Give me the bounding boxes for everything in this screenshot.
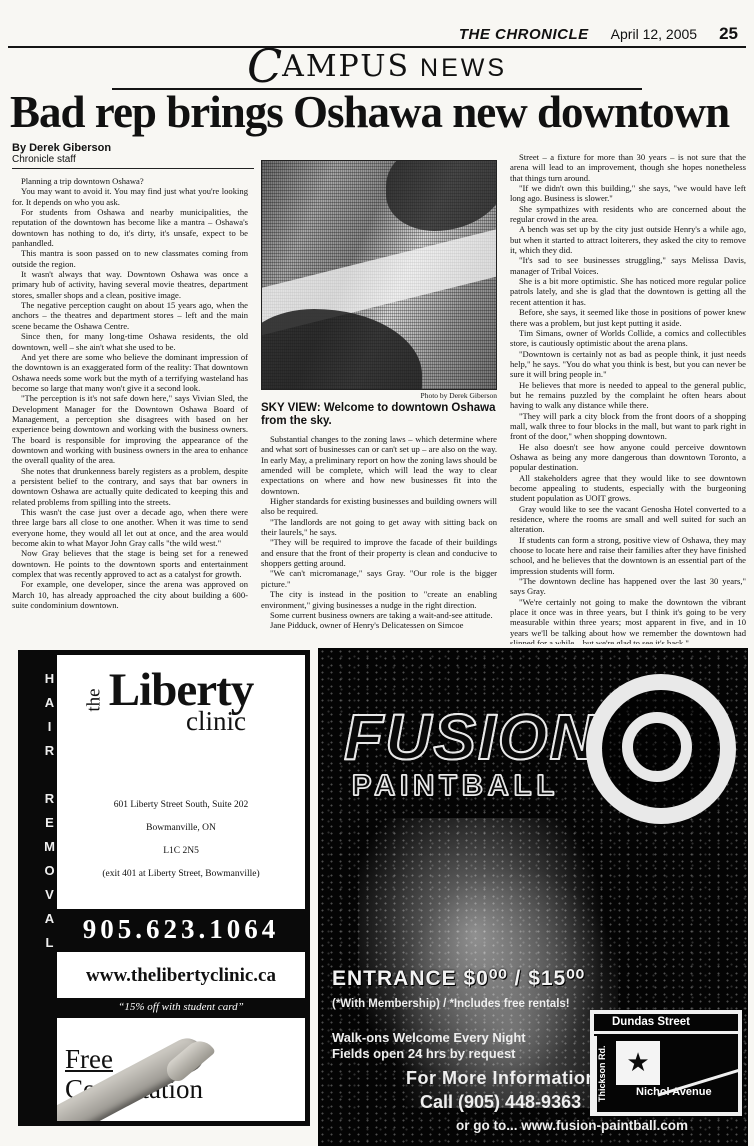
map-dundas-street-label: Dundas Street bbox=[594, 1014, 738, 1034]
star-icon: ★ bbox=[626, 1048, 649, 1077]
entrance-price: ENTRANCE $0⁰⁰ / $15⁰⁰ bbox=[332, 966, 585, 991]
fusion-paintball-label: PAINTBALL bbox=[352, 770, 559, 803]
map-marker: ★ bbox=[616, 1041, 660, 1085]
fusion-ring-inner-icon bbox=[622, 712, 692, 782]
liberty-phone: 905.623.1064 bbox=[57, 909, 305, 952]
membership-note: (*With Membership) / *Includes free rent… bbox=[332, 998, 570, 1010]
article-paragraph: She sympathizes with residents who are c… bbox=[510, 204, 746, 225]
byline-author: By Derek Giberson bbox=[12, 142, 254, 154]
article-paragraph: She is a bit more optimistic. She has no… bbox=[510, 276, 746, 307]
paintball-player-photo bbox=[358, 818, 618, 1108]
article-paragraph: This wasn't the case just over a decade … bbox=[12, 507, 248, 548]
article-paragraph: And yet there are some who believe the d… bbox=[12, 352, 248, 393]
liberty-free-consultation: Free Consultation bbox=[57, 1018, 305, 1122]
article-paragraph: For example, one developer, since the ar… bbox=[12, 579, 248, 610]
article-column-2-text: Substantial changes to the zoning laws –… bbox=[261, 434, 497, 631]
article-paragraph: This mantra is soon passed on to new cla… bbox=[12, 248, 248, 269]
website-line: or go to... www.fusion-paintball.com bbox=[456, 1118, 688, 1133]
photo-caption: SKY VIEW: Welcome to downtown Oshawa fro… bbox=[261, 402, 497, 428]
fusion-logo: FUSION bbox=[344, 700, 598, 774]
newspaper-name: THE CHRONICLE bbox=[459, 26, 589, 43]
article-paragraph: Higher standards for existing businesses… bbox=[261, 496, 497, 517]
address-line: (exit 401 at Liberty Street, Bowmanville… bbox=[57, 868, 305, 882]
article-paragraph: Since then, for many long-time Oshawa re… bbox=[12, 331, 248, 352]
photo-credit: Photo by Derek Giberson bbox=[261, 391, 497, 400]
article-paragraph: "The landlords are not going to get away… bbox=[261, 517, 497, 538]
article-paragraph: Before, she says, it seemed like those i… bbox=[510, 307, 746, 328]
article-column-3: Street – a fixture for more than 30 year… bbox=[510, 152, 746, 644]
article-paragraph: "They will be required to improve the fa… bbox=[261, 537, 497, 568]
liberty-logo-the: the bbox=[84, 688, 106, 711]
section-campus: AMPUS bbox=[282, 49, 410, 84]
liberty-address: 601 Liberty Street South, Suite 202Bowma… bbox=[57, 789, 305, 891]
address-line: Bowmanville, ON bbox=[57, 822, 305, 836]
article-headline: Bad rep brings Oshawa new downtown bbox=[10, 88, 750, 136]
section-news: NEWS bbox=[420, 54, 507, 82]
article-paragraph: "The downtown decline has happened over … bbox=[510, 576, 746, 597]
liberty-ad-body: the Liberty clinic 601 Liberty Street So… bbox=[57, 655, 305, 1121]
article-paragraph: For students from Oshawa and nearby muni… bbox=[12, 207, 248, 248]
map-thickson-road-label: Thickson Rd. bbox=[594, 1036, 612, 1112]
byline-block: By Derek Giberson Chronicle staff bbox=[12, 142, 254, 169]
aerial-photo bbox=[261, 160, 497, 390]
article-paragraph: If students can form a strong, positive … bbox=[510, 535, 746, 576]
article-paragraph: He also doesn't see how anyone could per… bbox=[510, 442, 746, 473]
article-paragraph: It wasn't always that way. Downtown Osha… bbox=[12, 269, 248, 300]
leg-photo bbox=[57, 1015, 233, 1121]
article-paragraph: You may want to avoid it. You may find j… bbox=[12, 186, 248, 207]
article-body: Planning a trip downtown Oshawa?You may … bbox=[12, 176, 746, 644]
article-paragraph: "If we didn't own this building," she sa… bbox=[510, 183, 746, 204]
article-paragraph: She notes that drunkenness barely regist… bbox=[12, 466, 248, 507]
article-paragraph: The negative perception caught on about … bbox=[12, 300, 248, 331]
section-masthead: CAMPUSNEWS bbox=[0, 46, 754, 86]
article-paragraph: Gray would like to see the vacant Genosh… bbox=[510, 504, 746, 535]
article-paragraph: The city is instead in the position to "… bbox=[261, 589, 497, 610]
article-column-1: Planning a trip downtown Oshawa?You may … bbox=[12, 176, 248, 644]
article-paragraph: Tim Simans, owner of Worlds Collide, a c… bbox=[510, 328, 746, 349]
address-line: L1C 2N5 bbox=[57, 845, 305, 859]
hair-removal-vertical-label: HAIR REMOVAL bbox=[23, 655, 57, 1121]
article-paragraph: "Downtown is certainly not as bad as peo… bbox=[510, 349, 746, 380]
walkons-line: Walk-ons Welcome Every Night bbox=[332, 1030, 526, 1045]
location-map: Dundas Street Thickson Rd. ★ Nichol Aven… bbox=[590, 1010, 742, 1116]
article-paragraph: "It's sad to see businesses struggling,"… bbox=[510, 255, 746, 276]
liberty-clinic-ad: HAIR REMOVAL the Liberty clinic 601 Libe… bbox=[18, 650, 310, 1126]
issue-date: April 12, 2005 bbox=[611, 26, 697, 42]
article-paragraph: Jane Pidduck, owner of Henry's Delicates… bbox=[261, 620, 497, 630]
address-line: 601 Liberty Street South, Suite 202 bbox=[57, 799, 305, 813]
article-paragraph: Some current business owners are taking … bbox=[261, 610, 497, 620]
article-paragraph: A bench was set up by the city just outs… bbox=[510, 224, 746, 255]
article-paragraph: Street – a fixture for more than 30 year… bbox=[510, 152, 746, 183]
article-paragraph: All stakeholders agree that they would l… bbox=[510, 473, 746, 504]
article-paragraph: He believes that more is needed to appea… bbox=[510, 380, 746, 411]
caption-lead: SKY VIEW: bbox=[261, 402, 321, 414]
article-paragraph: "We can't micromanage," says Gray. "Our … bbox=[261, 568, 497, 589]
phone-line: Call (905) 448-9363 bbox=[420, 1092, 581, 1113]
photo-dark-shape bbox=[261, 309, 422, 390]
fusion-paintball-ad: FUSION PAINTBALL ENTRANCE $0⁰⁰ / $15⁰⁰ (… bbox=[318, 648, 748, 1146]
liberty-website: www.thelibertyclinic.ca bbox=[57, 952, 305, 998]
article-paragraph: "The perception is it's not safe down he… bbox=[12, 393, 248, 465]
page-number: 25 bbox=[719, 24, 738, 44]
liberty-logo: the Liberty clinic bbox=[57, 655, 305, 771]
article-paragraph: Substantial changes to the zoning laws –… bbox=[261, 434, 497, 496]
article-paragraph: "They will park a city block from the fr… bbox=[510, 411, 746, 442]
page-header: THE CHRONICLE April 12, 2005 25 bbox=[459, 24, 738, 44]
article-paragraph: Now Gray believes that the stage is bein… bbox=[12, 548, 248, 579]
article-paragraph: Planning a trip downtown Oshawa? bbox=[12, 176, 248, 186]
more-info-line: For More Information bbox=[406, 1068, 597, 1089]
photo-dark-shape-2 bbox=[386, 160, 497, 231]
article-column-2: Photo by Derek Giberson SKY VIEW: Welcom… bbox=[261, 160, 497, 644]
byline-role: Chronicle staff bbox=[12, 154, 254, 165]
fields-line: Fields open 24 hrs by request bbox=[332, 1046, 516, 1061]
section-initial: C bbox=[247, 39, 282, 93]
article-paragraph: "We're certainly not going to make the d… bbox=[510, 597, 746, 644]
